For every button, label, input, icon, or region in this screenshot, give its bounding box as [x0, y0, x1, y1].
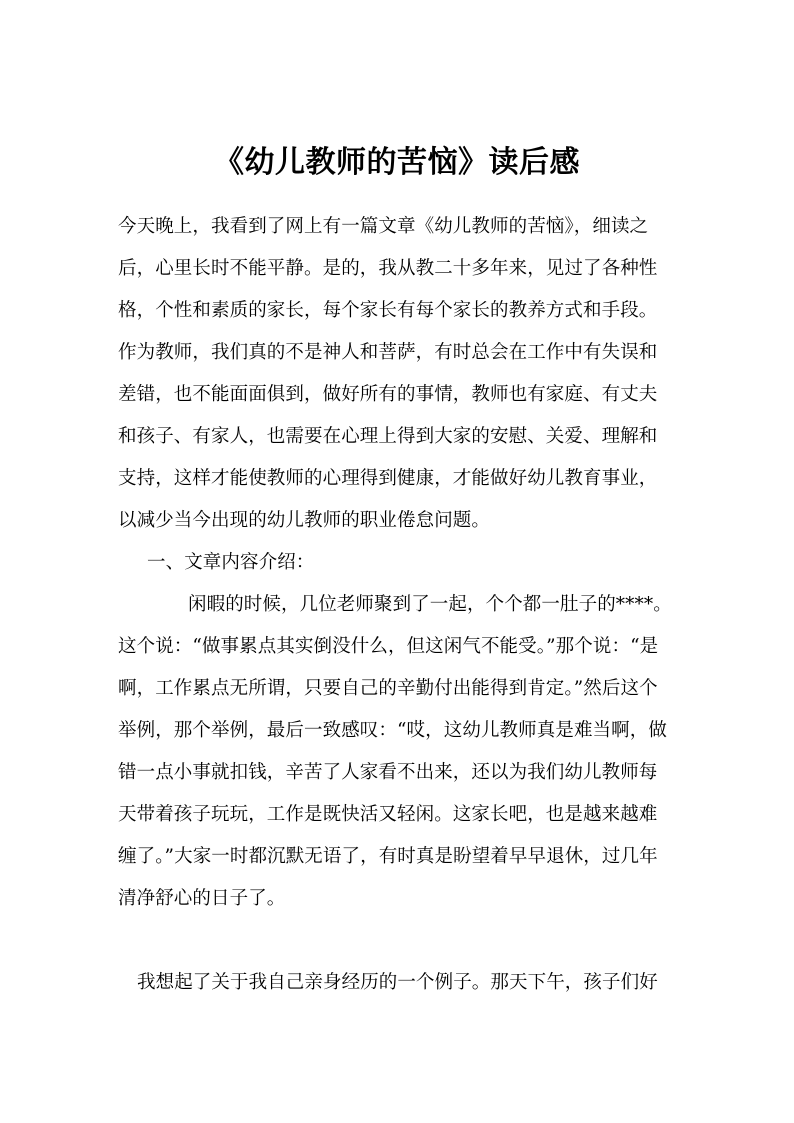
- text-line: 这个说：“做事累点其实倒没什么，但这闲气不能受。”那个说：“是: [118, 626, 678, 668]
- document-body: 今天晚上，我看到了网上有一篇文章《幼儿教师的苦恼》，细读之 后，心里长时不能平静…: [118, 206, 678, 1004]
- text-line: 啊，工作累点无所谓，只要自己的辛勤付出能得到肯定。”然后这个: [118, 668, 678, 710]
- text-line: 清净舒心的日子了。: [118, 878, 678, 920]
- blank-line: [118, 920, 678, 962]
- text-line: 错一点小事就扣钱，辛苦了人家看不出来，还以为我们幼儿教师每: [118, 752, 678, 794]
- text-line: 和孩子、有家人，也需要在心理上得到大家的安慰、关爱、理解和: [118, 416, 678, 458]
- text-line: 差错，也不能面面俱到，做好所有的事情，教师也有家庭、有丈夫: [118, 374, 678, 416]
- text-line: 今天晚上，我看到了网上有一篇文章《幼儿教师的苦恼》，细读之: [118, 206, 678, 248]
- text-line: 缠了。”大家一时都沉默无语了，有时真是盼望着早早退休，过几年: [118, 836, 678, 878]
- text-line: 格，个性和素质的家长，每个家长有每个家长的教养方式和手段。: [118, 290, 678, 332]
- document-title: 《幼儿教师的苦恼》读后感: [0, 0, 794, 185]
- text-line: 我想起了关于我自己亲身经历的一个例子。那天下午，孩子们好: [118, 962, 678, 1004]
- text-line: 作为教师，我们真的不是神人和菩萨，有时总会在工作中有失误和: [118, 332, 678, 374]
- document-page: 《幼儿教师的苦恼》读后感 今天晚上，我看到了网上有一篇文章《幼儿教师的苦恼》，细…: [0, 0, 794, 1123]
- text-line: 以减少当今出现的幼儿教师的职业倦怠问题。: [118, 500, 678, 542]
- text-line: 天带着孩子玩玩，工作是既快活又轻闲。这家长吧，也是越来越难: [118, 794, 678, 836]
- section-heading: 一、文章内容介绍：: [118, 542, 678, 584]
- text-line: 举例，那个举例，最后一致感叹：“哎，这幼儿教师真是难当啊，做: [118, 710, 678, 752]
- text-line: 闲暇的时候，几位老师聚到了一起，个个都一肚子的****。: [118, 584, 678, 626]
- text-line: 后，心里长时不能平静。是的，我从教二十多年来，见过了各种性: [118, 248, 678, 290]
- text-line: 支持，这样才能使教师的心理得到健康，才能做好幼儿教育事业，: [118, 458, 678, 500]
